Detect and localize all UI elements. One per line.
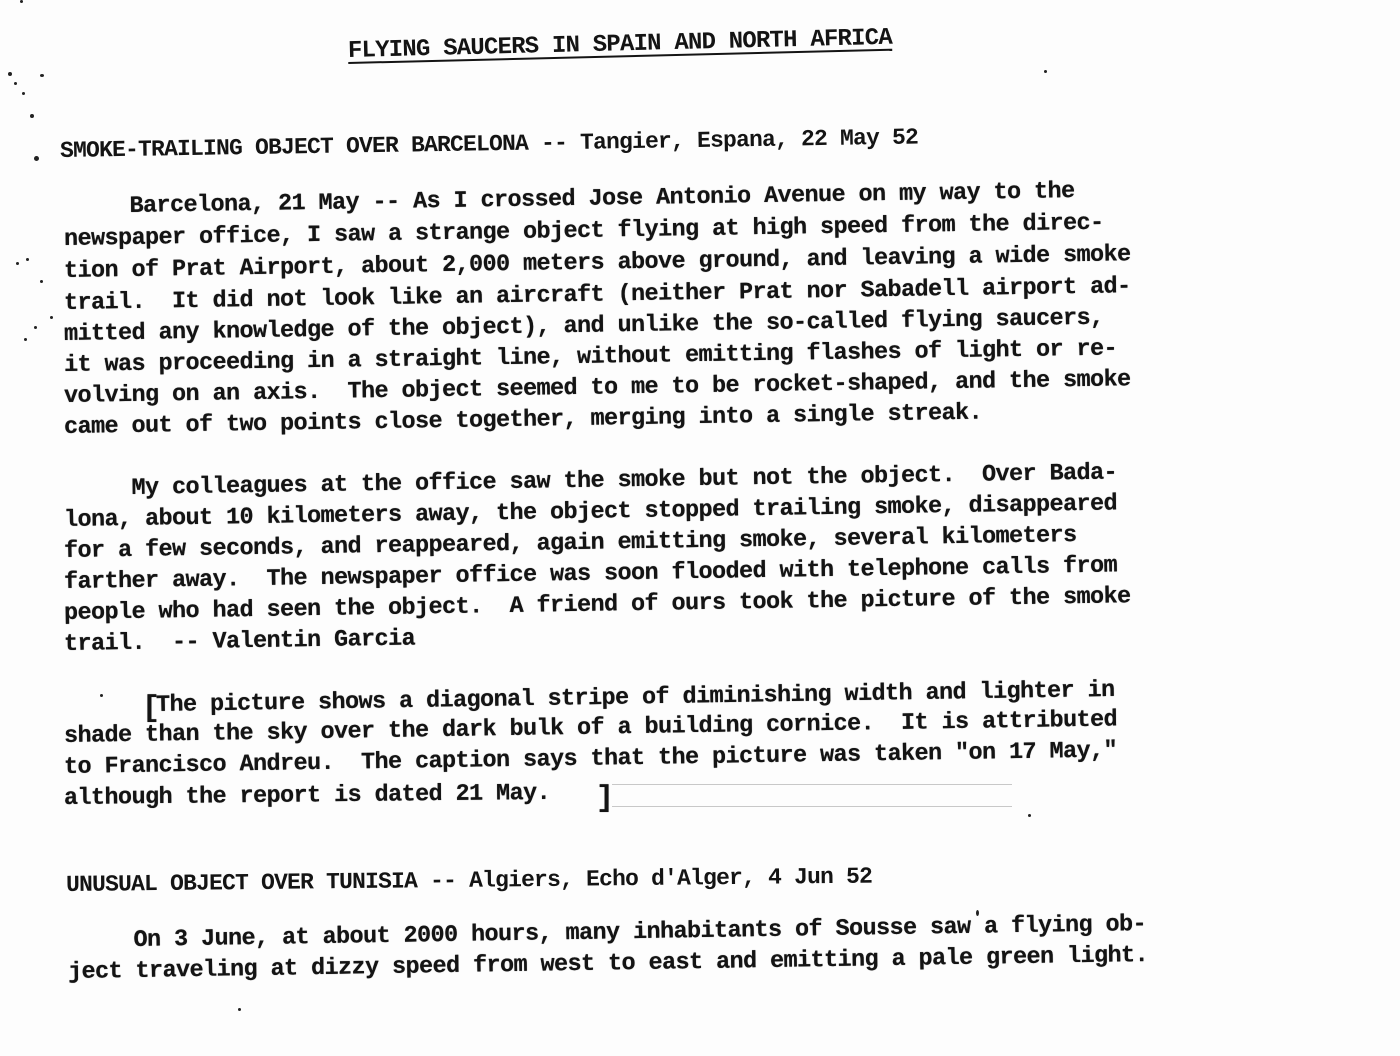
scan-speck bbox=[34, 156, 39, 161]
scanned-document-page: FLYING SAUCERS IN SPAIN AND NORTH AFRICA… bbox=[0, 0, 1400, 1056]
scan-speck bbox=[24, 338, 27, 341]
text-line: although the report is dated 21 May. bbox=[64, 782, 550, 811]
scan-speck bbox=[238, 1008, 241, 1011]
scan-speck bbox=[30, 114, 34, 118]
document-title: FLYING SAUCERS IN SPAIN AND NORTH AFRICA bbox=[348, 25, 893, 65]
scan-speck bbox=[1044, 70, 1047, 73]
text-line: trail. -- Valentin Garcia bbox=[64, 627, 415, 656]
faint-rule bbox=[612, 806, 1012, 807]
scan-speck bbox=[22, 92, 25, 95]
scan-speck bbox=[100, 694, 103, 697]
scan-speck bbox=[34, 326, 37, 329]
section-heading-barcelona: SMOKE-TRAILING OBJECT OVER BARCELONA -- … bbox=[60, 125, 918, 164]
section-heading-tunisia: UNUSUAL OBJECT OVER TUNISIA -- Algiers, … bbox=[66, 864, 872, 898]
scan-speck bbox=[8, 72, 12, 76]
scan-speck bbox=[1028, 814, 1031, 817]
scan-speck bbox=[26, 258, 29, 261]
scan-speck bbox=[50, 316, 53, 319]
scan-speck bbox=[40, 280, 43, 283]
close-bracket: ] bbox=[596, 784, 613, 814]
scan-speck bbox=[20, 0, 23, 3]
scan-speck bbox=[40, 74, 44, 77]
scan-speck bbox=[976, 910, 979, 916]
scan-speck bbox=[14, 82, 17, 85]
scan-speck bbox=[16, 262, 19, 265]
faint-rule bbox=[612, 784, 1012, 785]
